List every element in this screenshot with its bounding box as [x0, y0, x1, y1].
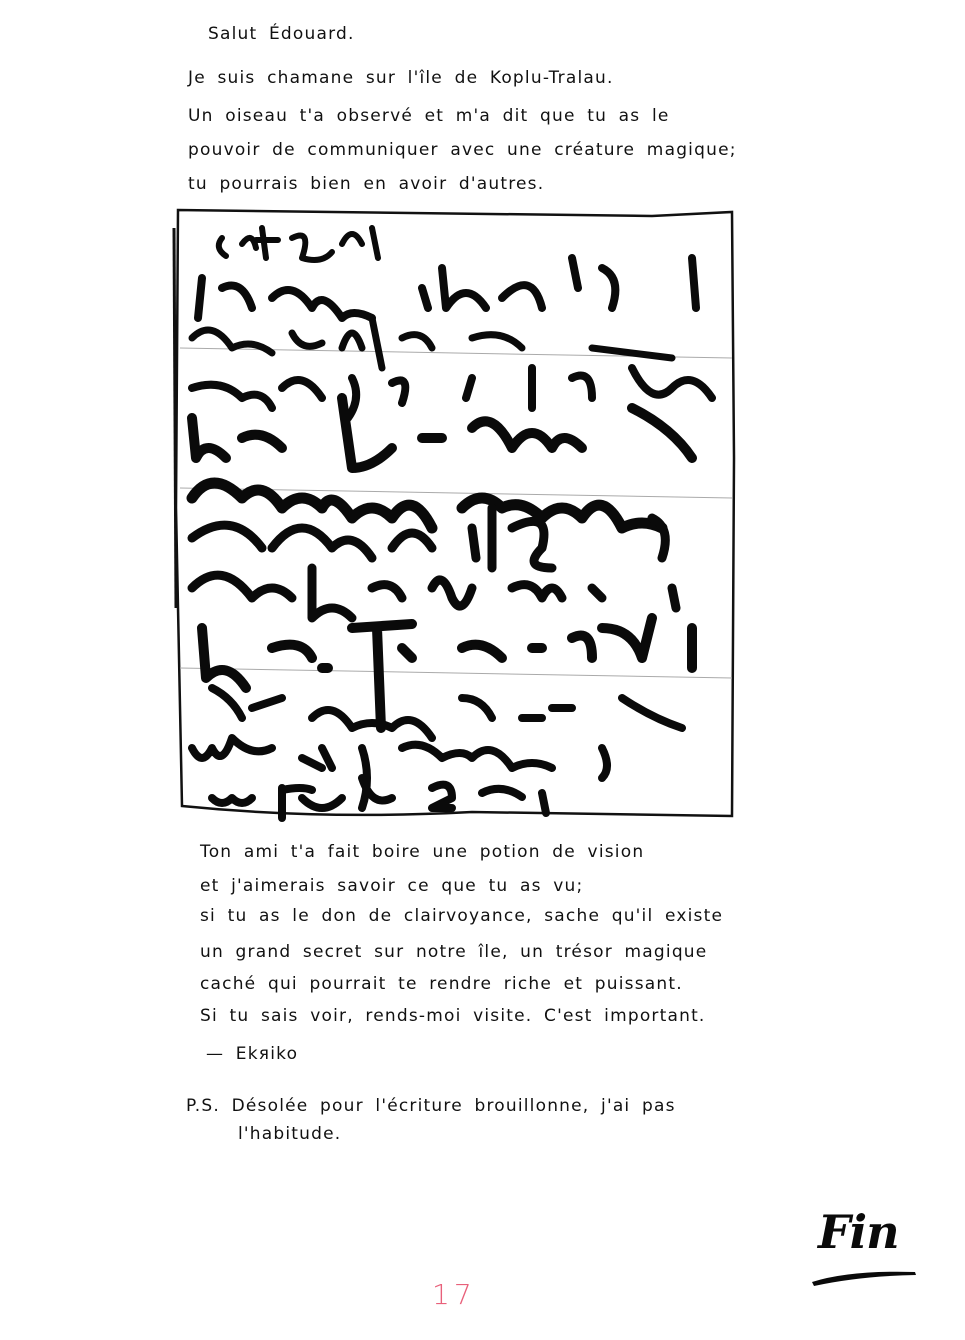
- scribble-drawing: [172, 208, 742, 823]
- fin-underline: [810, 1268, 920, 1288]
- postscript-line-1: P.S. Désolée pour l'écriture brouillonne…: [186, 1096, 676, 1116]
- letter-line-2: Un oiseau t'a observé et m'a dit que tu …: [188, 106, 670, 126]
- letter-line-3: pouvoir de communiquer avec une créature…: [188, 140, 737, 160]
- letter-bottom-line-5: caché qui pourrait te rendre riche et pu…: [200, 974, 683, 994]
- letter-bottom-line-2: et j'aimerais savoir ce que tu as vu;: [200, 876, 583, 896]
- letter-line-1: Je suis chamane sur l'île de Koplu-Trala…: [188, 68, 614, 88]
- letter-line-4: tu pourrais bien en avoir d'autres.: [188, 174, 544, 194]
- letter-bottom-line-3: si tu as le don de clairvoyance, sache q…: [200, 906, 723, 926]
- postscript-line-2: l'habitude.: [238, 1124, 341, 1144]
- letter-bottom-line-1: Ton ami t'a fait boire une potion de vis…: [200, 842, 644, 862]
- fin-label: Fin: [818, 1205, 899, 1259]
- scribbled-letter-box: [172, 208, 737, 818]
- page-number: 17: [432, 1278, 476, 1311]
- letter-bottom-line-6: Si tu sais voir, rends-moi visite. C'est…: [200, 1006, 706, 1026]
- letter-bottom-line-4: un grand secret sur notre île, un trésor…: [200, 942, 707, 962]
- greeting: Salut Édouard.: [208, 24, 355, 44]
- signature: — Ekяiko: [206, 1044, 298, 1064]
